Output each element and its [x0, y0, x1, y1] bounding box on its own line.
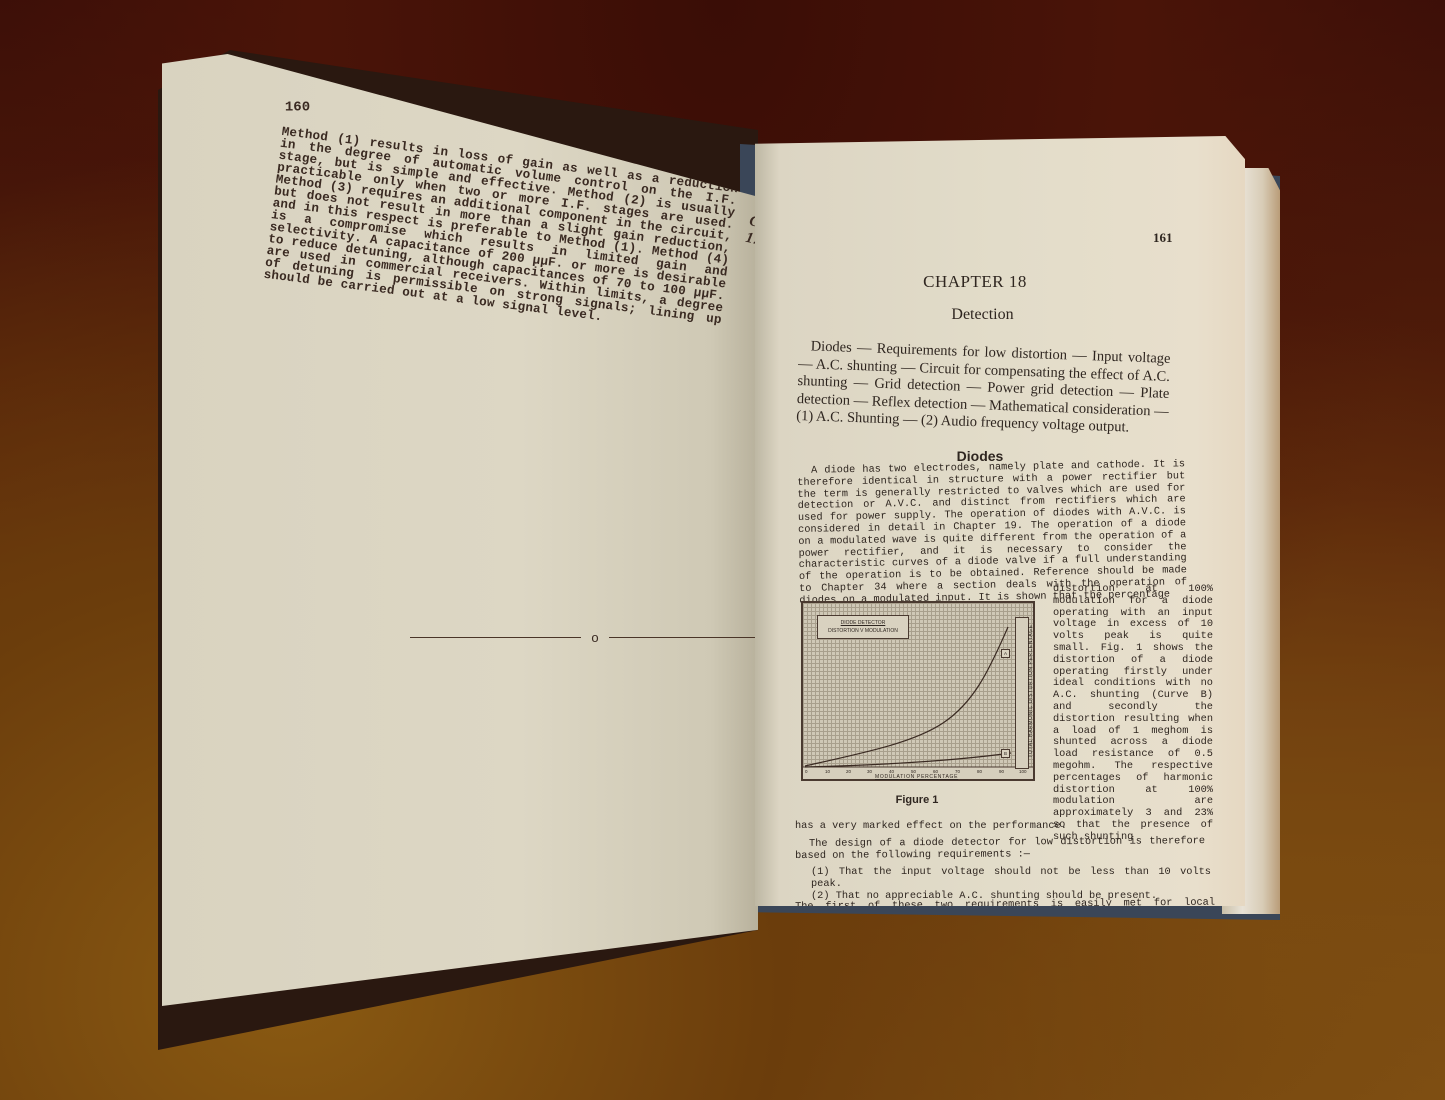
x-tick: 30 — [867, 769, 872, 774]
requirement-item: (1) That the input voltage should not be… — [811, 867, 1211, 891]
curve-label-a: A — [1001, 649, 1010, 658]
curve-label-b: B — [1001, 749, 1010, 758]
chapter-summary: Diodes — Requirements for low distortion… — [796, 338, 1171, 438]
x-tick: 100 — [1019, 769, 1027, 774]
x-tick: 20 — [846, 769, 851, 774]
x-axis-label: MODULATION PERCENTAGE — [875, 774, 958, 780]
ornament-rule-right — [609, 637, 780, 639]
ornament-rule-left — [410, 637, 581, 639]
paragraph-figure-wrap: distortion at 100% modulation for a diod… — [1053, 584, 1213, 844]
signature-mark: F — [803, 937, 809, 948]
y-axis-label: TOTAL HARMONIC DISTORTION PERCENTAGE — [1028, 624, 1034, 757]
page-number-right: 161 — [1153, 230, 1173, 246]
left-page: 160 Method (1) results in loss of gain a… — [162, 54, 758, 1006]
ornament-mark: o — [591, 630, 598, 645]
distortion-chart: DIODE DETECTOR DISTORTION V MODULATION A… — [801, 601, 1035, 781]
x-tick: 90 — [999, 769, 1004, 774]
open-book: 160 Method (1) results in loss of gain a… — [0, 0, 1445, 1100]
x-tick: 10 — [825, 769, 830, 774]
x-tick: 80 — [977, 769, 982, 774]
right-page: 161 CHAPTER 18 Detection Diodes — Requir… — [755, 136, 1245, 906]
chapter-title: CHAPTER 18 — [755, 272, 1195, 292]
paragraph-continuation: has a very marked effect on the performa… — [795, 821, 1195, 833]
chapter-subtitle: Detection — [755, 306, 1210, 324]
chapter-end-ornament: o — [410, 630, 780, 645]
figure-caption: Figure 1 — [799, 794, 1035, 806]
chart-legend: DIODE DETECTOR DISTORTION V MODULATION — [817, 615, 909, 639]
paragraph-design: The design of a diode detector for low d… — [795, 836, 1205, 862]
x-tick: 0 — [805, 769, 808, 774]
figure-1: DIODE DETECTOR DISTORTION V MODULATION A… — [799, 599, 1037, 789]
legend-subtitle: DISTORTION V MODULATION — [820, 627, 906, 635]
legend-title: DIODE DETECTOR — [820, 619, 906, 627]
y-axis-strip — [1015, 617, 1029, 769]
page-number-left: 160 — [285, 100, 310, 116]
